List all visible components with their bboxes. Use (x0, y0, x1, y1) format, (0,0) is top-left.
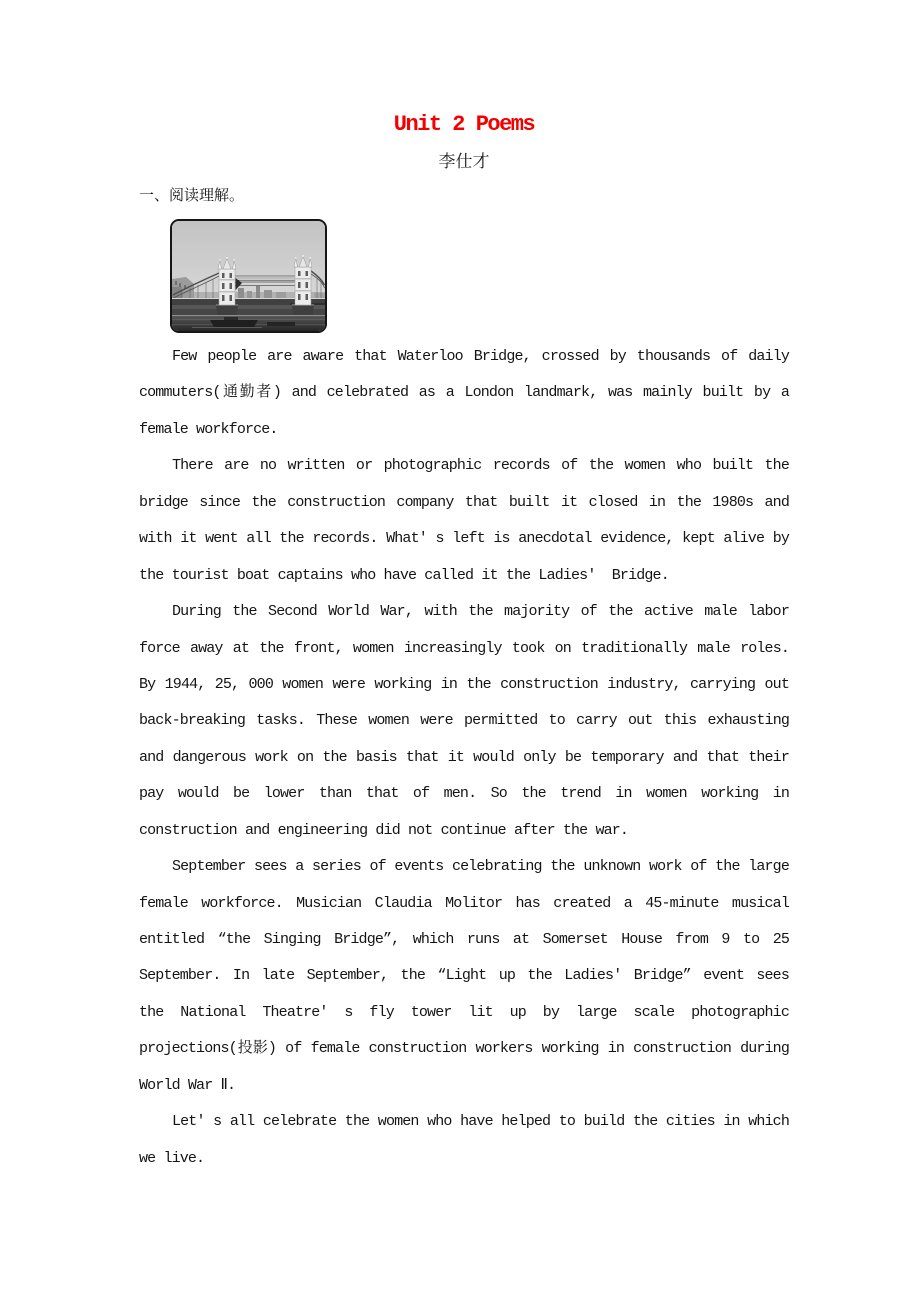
text-line: pay would be lower than that of men. So … (139, 776, 789, 812)
text-line: the tourist boat captains who have calle… (139, 558, 789, 594)
text-line: construction and engineering did not con… (139, 813, 789, 849)
section-heading: 一、阅读理解。 (139, 188, 789, 206)
text-line: bridge since the construction company th… (139, 485, 789, 521)
text-line: back-breaking tasks. These women were pe… (139, 703, 789, 739)
text-line: September sees a series of events celebr… (139, 849, 789, 885)
text-line: Few people are aware that Waterloo Bridg… (139, 339, 789, 375)
tower-bridge-photo (170, 219, 327, 333)
text-line: commuters(通勤者) and celebrated as a Londo… (139, 375, 789, 411)
text-line: World War Ⅱ. (139, 1068, 789, 1104)
text-line: force away at the front, women increasin… (139, 631, 789, 667)
author-name: 李仕才 (139, 154, 789, 174)
text-line: we live. (139, 1141, 789, 1177)
tower-bridge-illustration (172, 221, 325, 331)
text-line: and dangerous work on the basis that it … (139, 740, 789, 776)
text-line: female workforce. Musician Claudia Molit… (139, 886, 789, 922)
text-line: entitled “the Singing Bridge”, which run… (139, 922, 789, 958)
text-line: During the Second World War, with the ma… (139, 594, 789, 630)
text-line: September. In late September, the “Light… (139, 958, 789, 994)
page-title: Unit 2 Poems (139, 112, 789, 138)
text-line: female workforce. (139, 412, 789, 448)
text-line: projections(投影) of female construction w… (139, 1031, 789, 1067)
text-line: with it went all the records. What' s le… (139, 521, 789, 557)
text-line: the National Theatre' s fly tower lit up… (139, 995, 789, 1031)
article-body: Few people are aware that Waterloo Bridg… (139, 339, 789, 1177)
text-line: By 1944, 25, 000 women were working in t… (139, 667, 789, 703)
text-line: There are no written or photographic rec… (139, 448, 789, 484)
text-line: Let' s all celebrate the women who have … (139, 1104, 789, 1140)
document-page: Unit 2 Poems 李仕才 一、阅读理解。 (0, 0, 920, 1302)
